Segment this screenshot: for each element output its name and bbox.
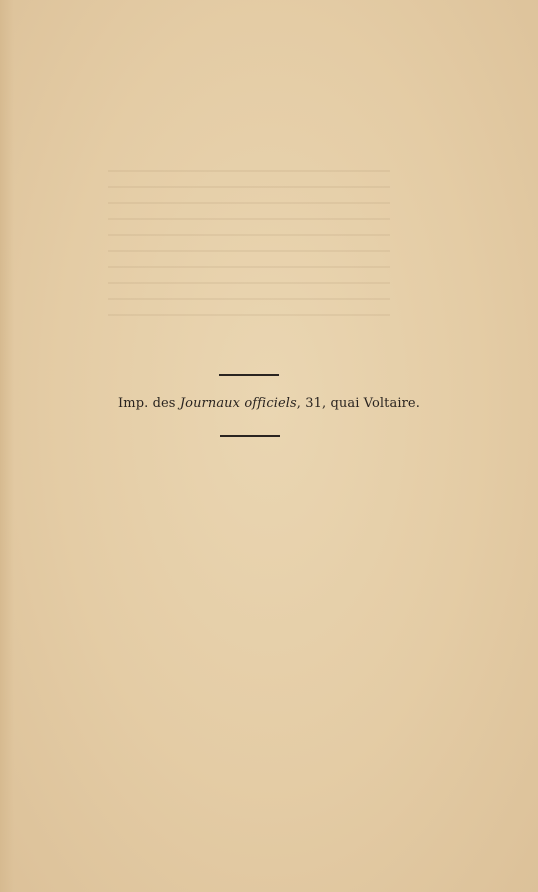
show-through-text bbox=[108, 170, 390, 330]
imprint-journal-name: Journaux officiels bbox=[180, 396, 297, 411]
imprint-address: , 31, quai Voltaire. bbox=[297, 396, 420, 411]
page-edge-shadow bbox=[0, 0, 14, 892]
bottom-rule bbox=[220, 435, 280, 437]
imprint-prefix: Imp. des bbox=[118, 396, 180, 411]
printer-imprint: Imp. des Journaux officiels, 31, quai Vo… bbox=[0, 396, 538, 411]
book-page: Imp. des Journaux officiels, 31, quai Vo… bbox=[0, 0, 538, 892]
top-rule bbox=[219, 374, 279, 376]
